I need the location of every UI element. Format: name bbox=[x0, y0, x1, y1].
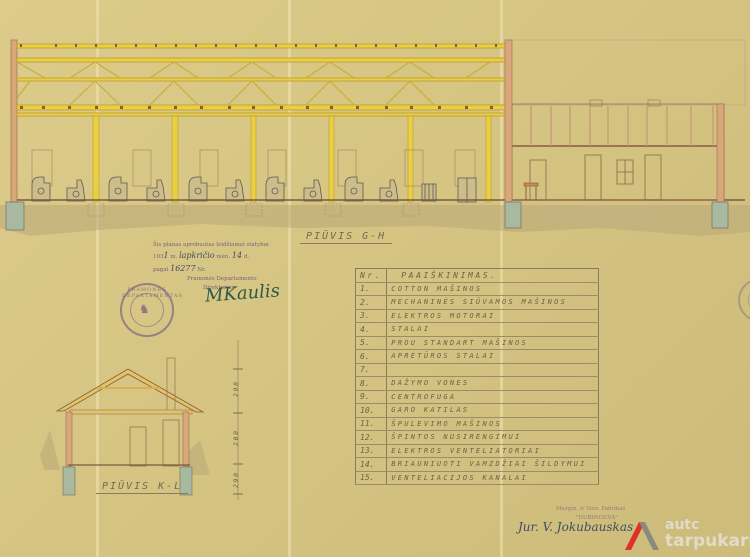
approval-month: lapkričio bbox=[179, 251, 215, 260]
legend-row: 15.VENTELIACIJOS KANALAI bbox=[356, 471, 599, 485]
approval-line1: Šis planas aprobuotas leidžiamai statyba… bbox=[153, 241, 273, 250]
dimension-label: 290 bbox=[233, 471, 240, 488]
legend-row: 7. bbox=[356, 363, 599, 377]
section-gh-caption: PIŪVIS G-H bbox=[300, 231, 392, 244]
legend-row: 1.COTTON MAŠINOS bbox=[356, 282, 599, 296]
author-signature: Jur. V. Jokubauskas bbox=[518, 520, 633, 534]
legend-row: 11.ŠPULEVIMO MAŠINOS bbox=[356, 417, 599, 431]
legend-row: 12.ŠPINTOS NUSIRENGIMUI bbox=[356, 431, 599, 445]
legend-row: 9.CENTROFUGA bbox=[356, 390, 599, 404]
dimension-label: 290 bbox=[233, 380, 240, 397]
legend-row: 14.BRIAUNIUOTI VAMZDŽIAI ŠILDYMUI bbox=[356, 458, 599, 472]
legend-row: 6.APRETŪROS STALAI bbox=[356, 350, 599, 364]
legend-row: 2.MECHANINĖS SIŪVAMOS MAŠINOS bbox=[356, 296, 599, 310]
legend-header: Nr. PAAIŠKINIMAS. bbox=[356, 269, 599, 283]
legend-row: 4.STALAI bbox=[356, 323, 599, 337]
dimension-label: 200 bbox=[233, 429, 240, 446]
tarpukaris-logo-icon bbox=[625, 520, 661, 550]
legend-row: 10.GARO KATILAS bbox=[356, 404, 599, 418]
legend-row: 3.ELEKTROS MOTORAI bbox=[356, 309, 599, 323]
autc-watermark: autc tarpukaris bbox=[625, 520, 661, 554]
legend-row: 8.DAŽYMO VONES bbox=[356, 377, 599, 391]
section-kl-drawing bbox=[40, 340, 243, 500]
section-kl-caption: PIŪVIS K-L bbox=[96, 481, 188, 494]
approval-day: 14 bbox=[232, 251, 242, 260]
legend-row: 5.PROU STANDART MAŠINOS bbox=[356, 336, 599, 350]
department-seal: PRAMONĖS DEPARTAMENTAS ♞ bbox=[120, 283, 174, 337]
approval-number: 16277 bbox=[170, 264, 195, 273]
drawing-sheet: 290 200 290 PIŪVIS G-H PIŪVIS K-L Šis pl… bbox=[0, 0, 750, 557]
vytis-emblem-icon: ♞ bbox=[140, 301, 148, 317]
legend-row: 13.ELEKTROS VENTELIATORIAI bbox=[356, 444, 599, 458]
legend-table: Nr. PAAIŠKINIMAS. 1.COTTON MAŠINOS 2.MEC… bbox=[355, 268, 599, 485]
